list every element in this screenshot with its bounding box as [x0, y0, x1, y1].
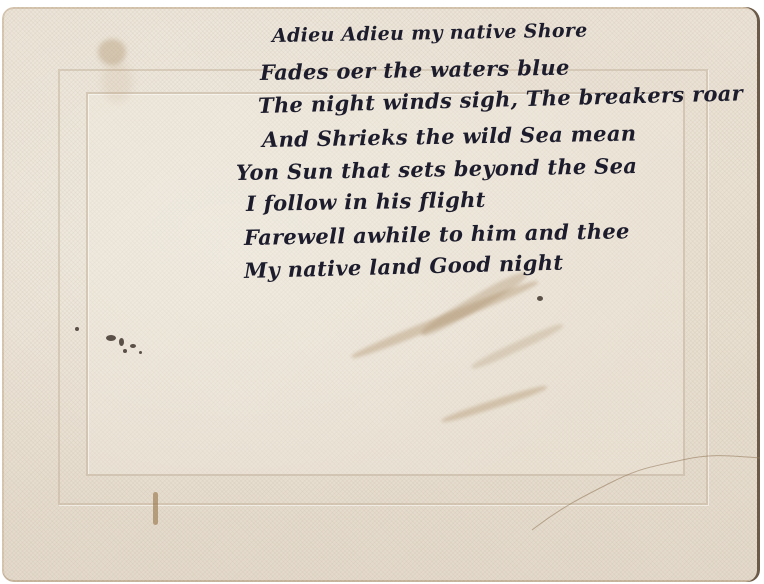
ink-spot: [123, 349, 127, 353]
paper-crack: [532, 452, 762, 532]
stain-top-left: [98, 39, 126, 65]
ink-spot: [537, 296, 543, 301]
poem-line: I follow in his flight: [246, 187, 486, 216]
ink-spot: [130, 344, 136, 348]
ink-spot: [75, 327, 79, 331]
ink-spot: [139, 351, 142, 354]
stain-drip: [153, 492, 158, 525]
ink-spot: [106, 335, 116, 341]
stain-top-left-faint: [102, 62, 132, 102]
card-back: Adieu Adieu my native Shore Fades oer th…: [2, 7, 760, 582]
ink-spot: [119, 338, 124, 346]
